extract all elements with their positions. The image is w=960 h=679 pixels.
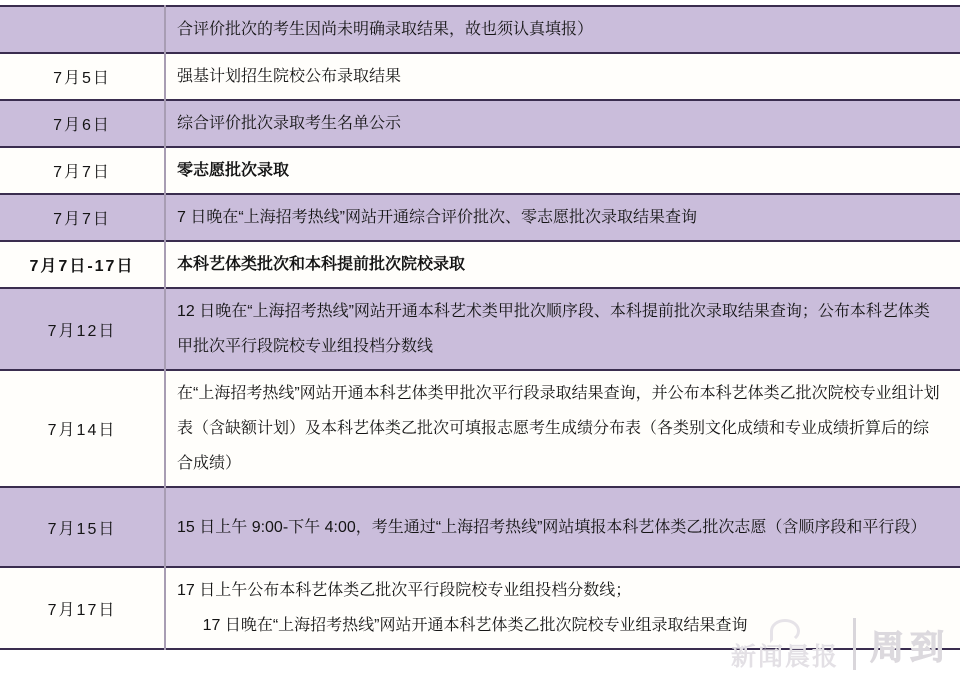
table-row: 7月7日 7 日晚在“上海招考热线”网站开通综合评价批次、零志愿批次录取结果查询: [0, 194, 960, 241]
content-line-2: 17 日晚在“上海招考热线”网站开通本科艺体类乙批次院校专业组录取结果查询: [177, 608, 944, 643]
content-cell: 15 日上午 9:00-下午 4:00，考生通过“上海招考热线”网站填报本科艺体…: [165, 487, 960, 567]
date-cell: 7月6日: [0, 100, 165, 147]
content-line-1: 17 日上午公布本科艺体类乙批次平行段院校专业组投档分数线；: [177, 582, 631, 599]
content-cell: 合评价批次的考生因尚未明确录取结果，故也须认真填报）: [165, 6, 960, 53]
table-row: 7月7日-17日 本科艺体类批次和本科提前批次院校录取: [0, 241, 960, 288]
date-cell: 7月15日: [0, 487, 165, 567]
content-cell: 在“上海招考热线”网站开通本科艺体类甲批次平行段录取结果查询，并公布本科艺体类乙…: [165, 370, 960, 487]
date-cell: 7月14日: [0, 370, 165, 487]
date-cell: 7月5日: [0, 53, 165, 100]
content-cell: 综合评价批次录取考生名单公示: [165, 100, 960, 147]
date-cell: [0, 6, 165, 53]
date-cell: 7月7日: [0, 147, 165, 194]
content-cell: 17 日上午公布本科艺体类乙批次平行段院校专业组投档分数线； 17 日晚在“上海…: [165, 567, 960, 649]
admissions-schedule-table: 合评价批次的考生因尚未明确录取结果，故也须认真填报） 7月5日 强基计划招生院校…: [0, 5, 960, 650]
table-row: 7月14日 在“上海招考热线”网站开通本科艺体类甲批次平行段录取结果查询，并公布…: [0, 370, 960, 487]
content-cell: 本科艺体类批次和本科提前批次院校录取: [165, 241, 960, 288]
date-cell: 7月17日: [0, 567, 165, 649]
table-row: 7月12日 12 日晚在“上海招考热线”网站开通本科艺术类甲批次顺序段、本科提前…: [0, 288, 960, 370]
table-row: 7月17日 17 日上午公布本科艺体类乙批次平行段院校专业组投档分数线； 17 …: [0, 567, 960, 649]
content-cell: 12 日晚在“上海招考热线”网站开通本科艺术类甲批次顺序段、本科提前批次录取结果…: [165, 288, 960, 370]
schedule-rows: 合评价批次的考生因尚未明确录取结果，故也须认真填报） 7月5日 强基计划招生院校…: [0, 6, 960, 649]
table-row: 7月6日 综合评价批次录取考生名单公示: [0, 100, 960, 147]
table-row: 7月7日 零志愿批次录取: [0, 147, 960, 194]
table-row: 合评价批次的考生因尚未明确录取结果，故也须认真填报）: [0, 6, 960, 53]
date-cell: 7月12日: [0, 288, 165, 370]
content-cell: 7 日晚在“上海招考热线”网站开通综合评价批次、零志愿批次录取结果查询: [165, 194, 960, 241]
table-row: 7月5日 强基计划招生院校公布录取结果: [0, 53, 960, 100]
date-cell: 7月7日: [0, 194, 165, 241]
content-cell: 强基计划招生院校公布录取结果: [165, 53, 960, 100]
content-cell: 零志愿批次录取: [165, 147, 960, 194]
date-cell: 7月7日-17日: [0, 241, 165, 288]
table-row: 7月15日 15 日上午 9:00-下午 4:00，考生通过“上海招考热线”网站…: [0, 487, 960, 567]
